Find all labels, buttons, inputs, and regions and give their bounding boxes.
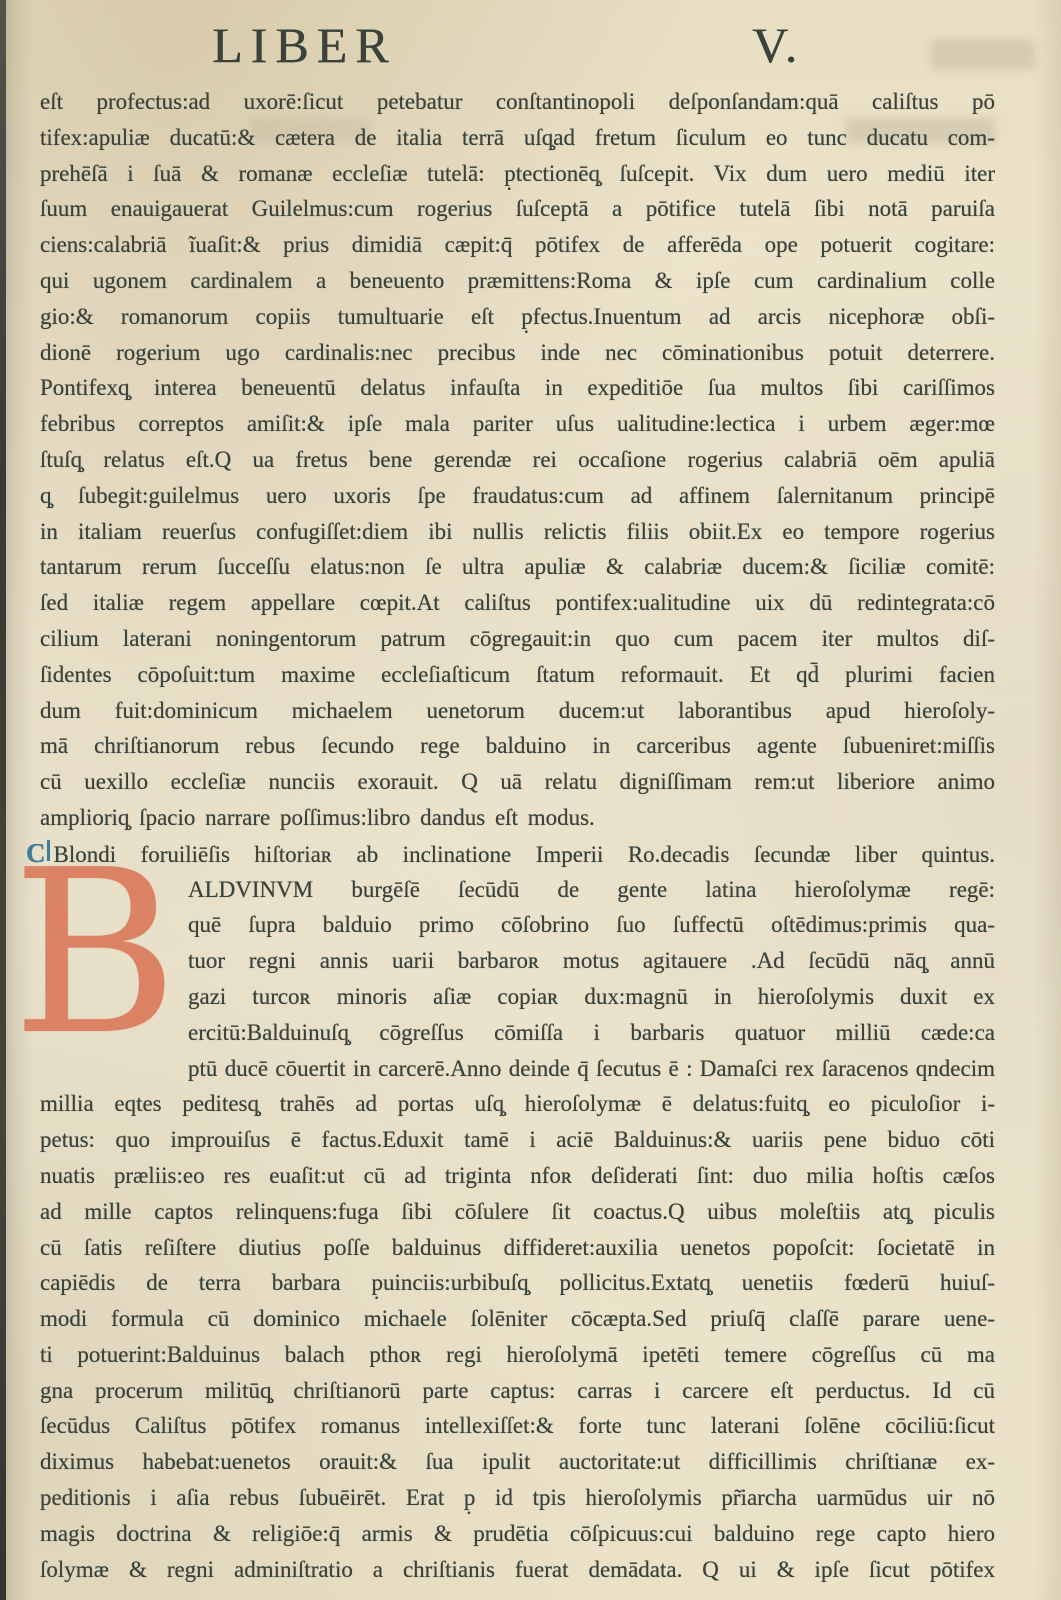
ink-bleedthrough — [930, 40, 1035, 70]
text-line: mā chriſtianorum rebus ſecundo rege bald… — [40, 728, 995, 764]
text-line: gna procerum militūq̧ chriſtianorū parte… — [40, 1373, 995, 1409]
text-line: diximus habebat:uenetos orauit:& ſua ipu… — [40, 1444, 995, 1480]
text-line: q̧ ſubegit:guilelmus uero uxoris ſpe fra… — [40, 478, 995, 514]
text-line: petus: quo improuiſus ē factus.Eduxit ta… — [40, 1122, 995, 1158]
text-column: eſt profectus:ad uxorē:ſicut petebatur c… — [40, 84, 995, 1587]
text-line: peditionis i aſia rebus ſubuēirēt. Erat … — [40, 1480, 995, 1516]
text-line: ti potuerint:Balduinus balach pthoʀ regi… — [40, 1337, 995, 1373]
text-line: cū uexillo eccleſiæ nunciis exorauit. Q … — [40, 764, 995, 800]
text-line: ſolymæ & regni adminiſtratio a chriſtian… — [40, 1552, 995, 1588]
text-line: magis doctrina & religiōe:q̄ armis & pru… — [40, 1516, 995, 1552]
text-line: gio:& romanorum copiis tumultuarie eſt p… — [40, 299, 995, 335]
text-line: ſuum enauigauerat Guilelmus:cum rogerius… — [40, 191, 995, 227]
text-line: tifex:apuliæ ducatū:& cætera de italia t… — [40, 120, 995, 156]
text-line: ſidentes cōpoſuit:tum maxime eccleſiaſti… — [40, 657, 995, 693]
text-line: quē ſupra balduio primo cōſobrino ſuo ſu… — [188, 907, 995, 943]
drop-cap-initial: B — [10, 872, 188, 1051]
text-line: Pontifexq̧ interea beneuentū delatus inf… — [40, 370, 995, 406]
text-line: in italiam reuerſus confugiſſet:diem ibi… — [40, 514, 995, 550]
text-line: tuor regni annis uarii barbaroʀ motus ag… — [188, 943, 995, 979]
rubricated-letter: B — [12, 868, 178, 1040]
text-line: ercitū:Balduinuſq̧ cōgreſſus cōmiſſa i b… — [188, 1015, 995, 1051]
text-line: ſecūdus Caliſtus pōtifex romanus intelle… — [40, 1408, 995, 1444]
running-header-book-number: V. — [752, 20, 800, 70]
text-line: cū ſatis reſiſtere diutius poſſe balduin… — [40, 1230, 995, 1266]
text-line: ciens:calabriā ĩuaſit:& prius dimidiā cæ… — [40, 227, 995, 263]
text-line: dionē rogerium ugo cardinalis:nec precib… — [40, 335, 995, 371]
page-gutter-edge — [0, 0, 6, 1600]
rubric-text: Blondi foruiliēſis hiſtoriaʀ ab inclinat… — [54, 842, 996, 867]
text-line: capiēdis de terra barbara p̣uinciis:urbi… — [40, 1265, 995, 1301]
text-line: ſtuſq̧ relatus eſt.Q ua fretus bene gere… — [40, 442, 995, 478]
text-line: ptū ducē cōuertit in carcerē.Anno deinde… — [188, 1051, 995, 1087]
running-header-title: LIBER — [212, 20, 396, 70]
text-line: nuatis præliis:eo res euaſit:ut cū ad tr… — [40, 1158, 995, 1194]
text-line: eſt profectus:ad uxorē:ſicut petebatur c… — [40, 84, 995, 120]
text-line: gazi turcoʀ minoris aſiæ copiaʀ dux:magn… — [188, 979, 995, 1015]
text-line: febribus correptos amiſit:& ipſe mala pa… — [40, 406, 995, 442]
book-page-scan: LIBER V. eſt profectus:ad uxorē:ſicut pe… — [0, 0, 1061, 1600]
text-line: millia eqtes peditesq̧ trahēs ad portas … — [40, 1086, 995, 1122]
text-line: cilium laterani noningentorum patrum cōg… — [40, 621, 995, 657]
text-line: modi formula cū dominico michaele ſolēni… — [40, 1301, 995, 1337]
text-line: prehēſā i ſuā & romanæ eccleſiæ tutelā: … — [40, 156, 995, 192]
text-line: ALDVINVM burgēſē ſecūdū de gente latina … — [188, 872, 995, 908]
text-line: ad mille captos relinquens:fuga ſibi cōſ… — [40, 1194, 995, 1230]
text-line: tantarum rerum ſucceſſu elatus:non ſe ul… — [40, 549, 995, 585]
text-line: amplioriq̧ ſpacio narrare poſſimus:libro… — [40, 800, 995, 836]
text-line: ſed italiæ regem appellare cœpit.At cali… — [40, 585, 995, 621]
text-line: dum fuit:dominicum michaelem uenetorum d… — [40, 693, 995, 729]
text-line: qui ugonem cardinalem a beneuento præmit… — [40, 263, 995, 299]
